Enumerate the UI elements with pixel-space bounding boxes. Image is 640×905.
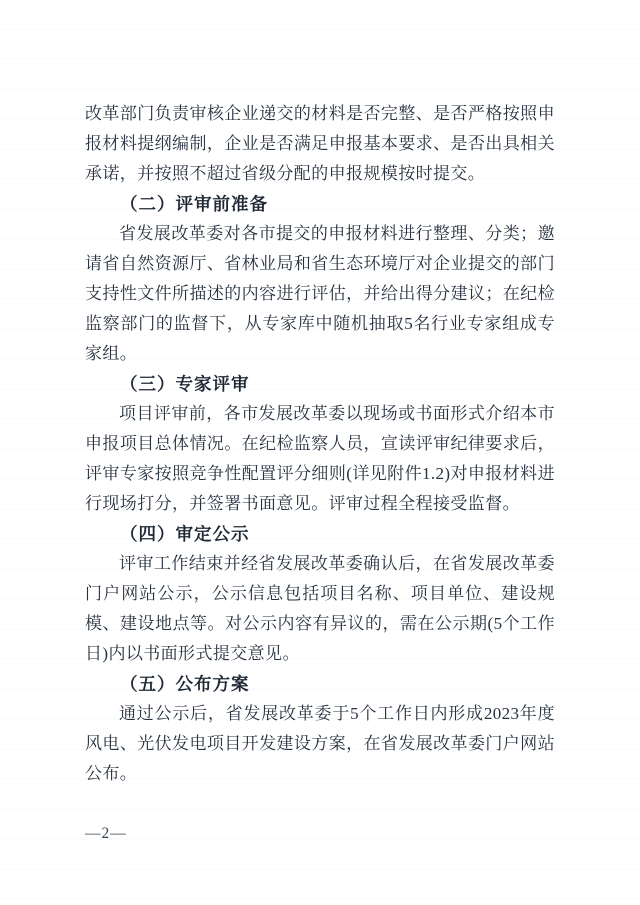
section-heading-5-announce-plan: （五）公布方案 <box>85 669 555 699</box>
document-body: 改革部门负责审核企业递交的材料是否完整、是否严格按照申报材料提纲编制，企业是否满… <box>85 99 555 789</box>
paragraph-announce-plan: 通过公示后，省发展改革委于5个工作日内形成2023年度风电、光伏发电项目开发建设… <box>85 699 555 789</box>
section-heading-4-approval-publicity: （四）审定公示 <box>85 519 555 549</box>
section-heading-3-expert-review: （三）专家评审 <box>85 369 555 399</box>
paragraph-expert-review: 项目评审前，各市发展改革委以现场或书面形式介绍本市申报项目总体情况。在纪检监察人… <box>85 399 555 519</box>
document-page: 改革部门负责审核企业递交的材料是否完整、是否严格按照申报材料提纲编制，企业是否满… <box>0 0 640 905</box>
paragraph-approval-publicity: 评审工作结束并经省发展改革委确认后，在省发展改革委门户网站公示，公示信息包括项目… <box>85 549 555 669</box>
page-number: —2— <box>85 825 127 843</box>
paragraph-pre-review-preparation: 省发展改革委对各市提交的申报材料进行整理、分类；邀请省自然资源厅、省林业局和省生… <box>85 219 555 369</box>
paragraph-continuation-material-review: 改革部门负责审核企业递交的材料是否完整、是否严格按照申报材料提纲编制，企业是否满… <box>85 99 555 189</box>
section-heading-2-pre-review-preparation: （二）评审前准备 <box>85 189 555 219</box>
